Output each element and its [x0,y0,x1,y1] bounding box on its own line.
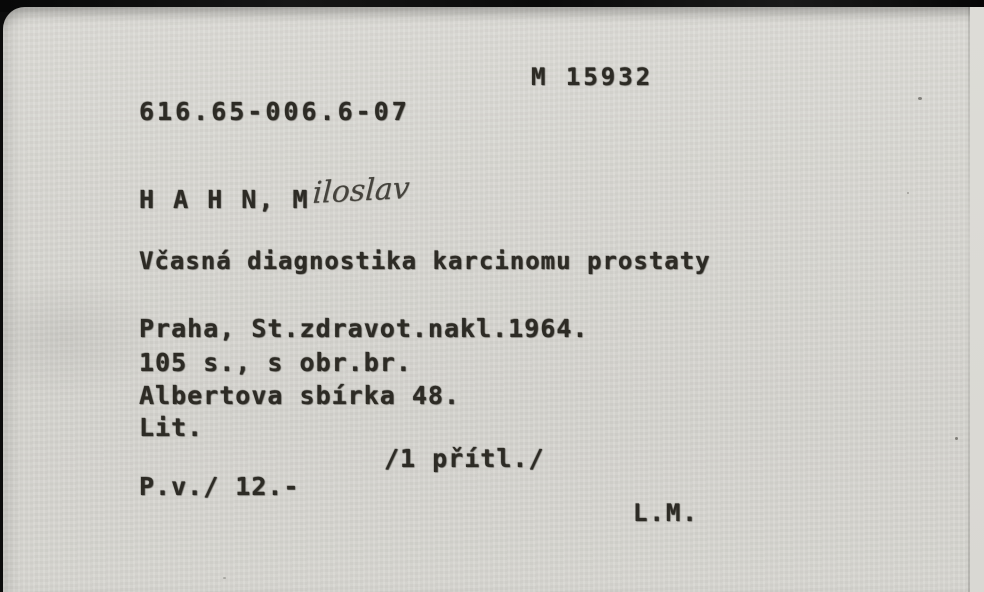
catalog-card: M 15932 616.65-006.6-07 H A H N, Milosla… [3,7,984,592]
collation-line: 105 s., s obr.br. [139,348,412,377]
cataloguer-initials: L.M. [633,499,699,527]
card-seam-line [968,7,970,592]
author-line: H A H N, Miloslav [139,181,409,216]
accession-number: M 15932 [531,63,653,91]
scan-speck [918,97,922,100]
author-typed-part: H A H N, M [139,185,310,214]
series-line: Albertova sbírka 48. [139,381,460,410]
classification-number: 616.65-006.6-07 [139,97,410,126]
price-line: P.v./ 12.- [139,472,300,501]
author-handwritten-part: iloslav [311,171,410,211]
imprint-line: Praha, St.zdravot.nakl.1964. [139,314,588,343]
scanned-catalog-card-page: { "card": { "accession_number": "M 15932… [0,0,984,592]
scan-speck [907,192,909,194]
scan-speck [223,577,226,579]
title-line: Včasná diagnostika karcinomu prostaty [139,247,711,275]
scan-speck [955,437,958,440]
supplement-note: /1 přítl./ [384,444,545,473]
adjacent-card-edge [970,7,984,592]
literature-note: Lit. [139,413,203,442]
